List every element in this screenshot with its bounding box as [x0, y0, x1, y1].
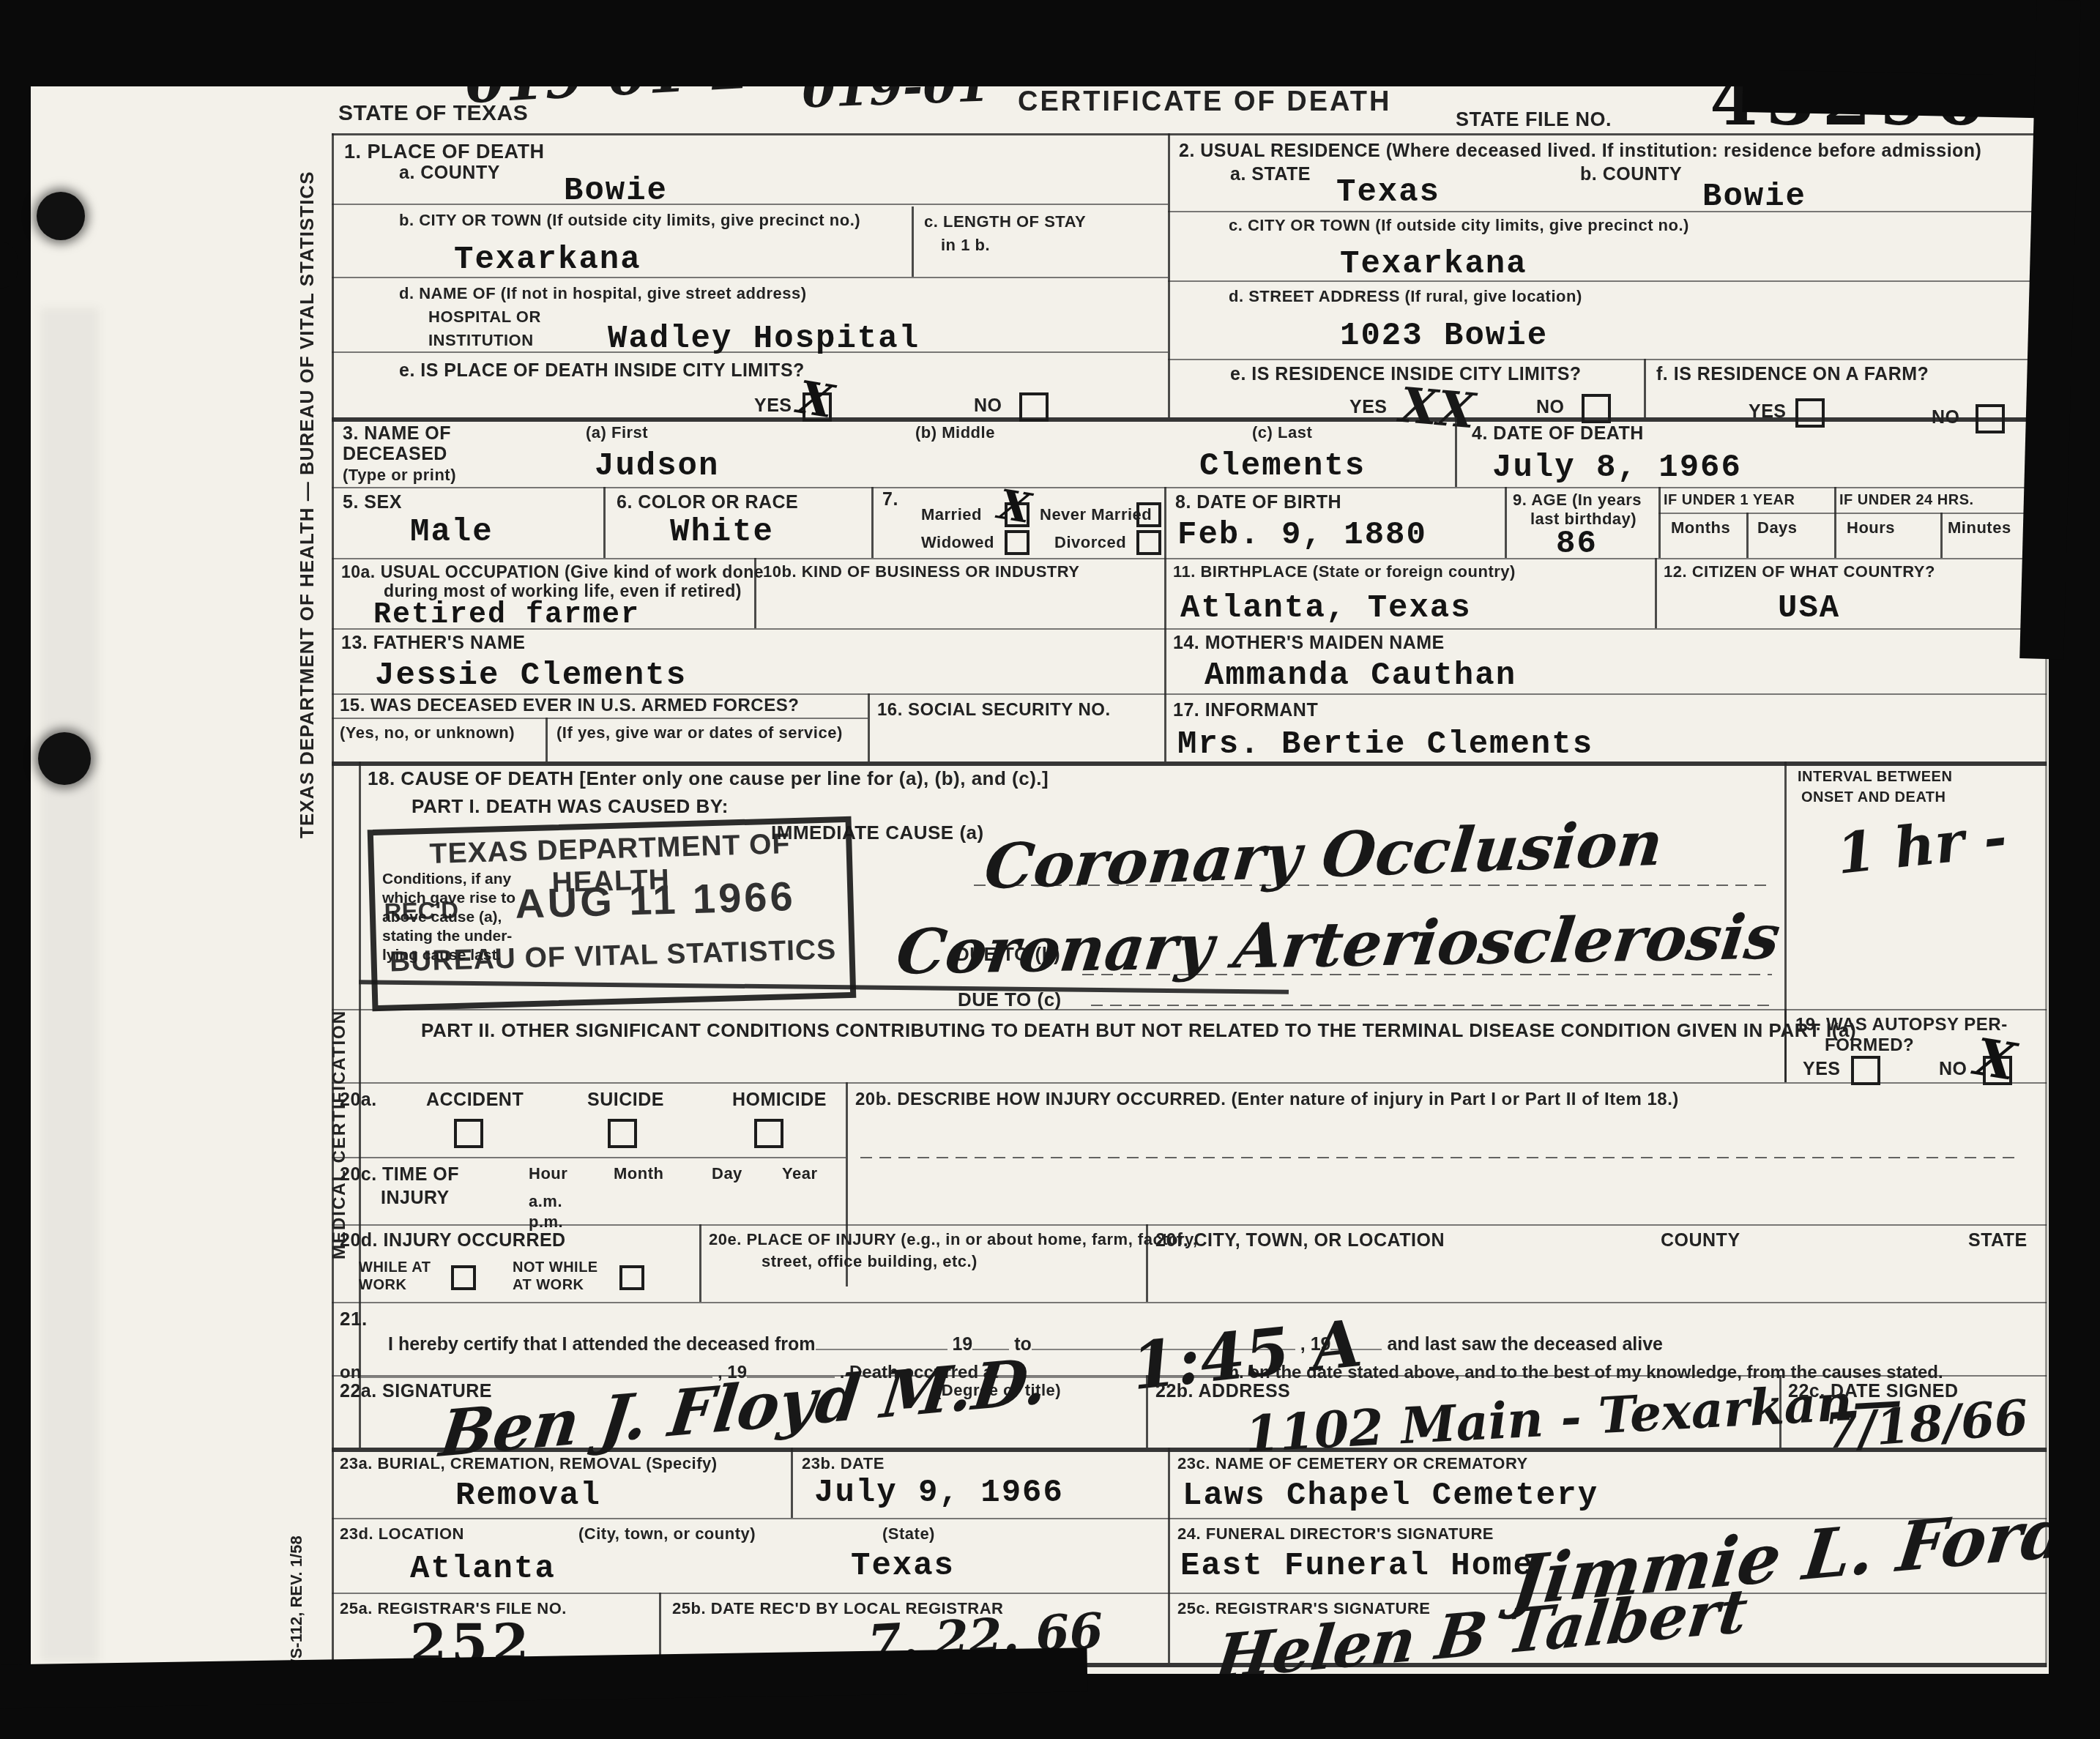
injury-a-label: 20a.: [340, 1090, 377, 1111]
am-label: a.m.: [529, 1192, 562, 1211]
name-title3: (Type or print): [343, 466, 456, 485]
location-state-value: Texas: [851, 1548, 955, 1585]
under-1-year-label: IF UNDER 1 YEAR: [1664, 492, 1795, 509]
occupation-label2: during most of working life, even if ret…: [384, 581, 742, 601]
cause-a-value: Coronary Occlusion: [981, 807, 1667, 904]
divider-6-7: [871, 487, 874, 558]
autopsy-no-mark: X: [1972, 1031, 2019, 1088]
row7-bottom: [332, 1009, 2047, 1010]
divider-hours-minutes: [1940, 513, 1943, 558]
certificate-title: CERTIFICATE OF DEATH: [1018, 86, 1391, 118]
residence-limits-yes-mark: XX: [1398, 376, 1478, 440]
institution-label: d. NAME OF (If not in hospital, give str…: [399, 284, 807, 303]
last-name-value: Clements: [1199, 448, 1366, 485]
homicide-checkbox: [754, 1119, 783, 1148]
line-2a: [1168, 211, 2047, 212]
divorced-checkbox: [1136, 530, 1161, 555]
cause-of-death-label: 18. CAUSE OF DEATH [Enter only one cause…: [368, 767, 1049, 790]
age-value: 86: [1556, 526, 1598, 562]
forces-label: 15. WAS DECEASED EVER IN U.S. ARMED FORC…: [340, 696, 799, 716]
months-label: Months: [1671, 518, 1730, 537]
ssn-label: 16. SOCIAL SECURITY NO.: [877, 700, 1111, 720]
divider-9-u1y: [1658, 487, 1661, 558]
while-at-work-label2: WORK: [359, 1277, 406, 1294]
county-value: Bowie: [564, 173, 668, 209]
residence-limits-no-checkbox: [1582, 394, 1611, 423]
dob-value: Feb. 9, 1880: [1177, 517, 1427, 554]
occupation-label1: 10a. USUAL OCCUPATION (Give kind of work…: [341, 562, 764, 582]
line-2c: [1168, 280, 2047, 282]
state-file-no-label: STATE FILE NO.: [1456, 108, 1612, 131]
days-label: Days: [1757, 518, 1798, 537]
date-of-death-value: July 8, 1966: [1492, 450, 1742, 486]
residence-city-value: Texarkana: [1340, 246, 1527, 283]
length-of-stay-label: c. LENGTH OF STAY: [924, 212, 1086, 231]
age-label1: 9. AGE (In years: [1513, 491, 1642, 510]
street-address-label: d. STREET ADDRESS (If rural, give locati…: [1229, 287, 1582, 306]
injury-d-label: 20d. INJURY OCCURRED: [340, 1230, 566, 1251]
stamp-line3: BUREAU OF VITAL STATISTICS: [376, 934, 849, 979]
widowed-label: Widowed: [921, 533, 994, 552]
usual-residence-title: 2. USUAL RESIDENCE (Where deceased lived…: [1179, 141, 1981, 162]
injury-b-line: [860, 1157, 2017, 1158]
death-city-limits-label: e. IS PLACE OF DEATH INSIDE CITY LIMITS?: [399, 360, 805, 381]
while-at-work-checkbox: [451, 1265, 476, 1290]
father-label: 13. FATHER'S NAME: [341, 633, 526, 654]
middle-name-label: (b) Middle: [915, 423, 995, 442]
occupation-value: Retired farmer: [373, 599, 640, 632]
pm-label: p.m.: [529, 1213, 563, 1232]
birthplace-label: 11. BIRTHPLACE (State or foreign country…: [1173, 562, 1516, 581]
not-while-at-work-label1: NOT WHILE: [513, 1259, 598, 1276]
year-label: Year: [782, 1164, 818, 1183]
divider-15-16: [868, 693, 870, 761]
forces-sub1: (Yes, no, or unknown): [340, 723, 515, 742]
sidebar-form-code: VS-112, REV. 1/58: [287, 1494, 306, 1669]
injury-e-label2: street, office building, etc.): [762, 1252, 978, 1271]
homicide-label: HOMICIDE: [732, 1090, 827, 1111]
row2-bottom: [332, 487, 2047, 488]
day-label: Day: [712, 1164, 742, 1183]
institution-label3: INSTITUTION: [428, 331, 534, 350]
divider-11-12: [1655, 558, 1657, 628]
first-name-label: (a) First: [586, 423, 648, 442]
autopsy-yes-checkbox: [1851, 1056, 1880, 1085]
death-limits-no-label: NO: [974, 395, 1002, 417]
injury-c-label1: 20c. TIME OF: [340, 1164, 459, 1185]
address-label: 22b. ADDRESS: [1155, 1381, 1290, 1402]
dob-label: 8. DATE OF BIRTH: [1175, 492, 1341, 513]
injury-c-label2: INJURY: [381, 1188, 450, 1209]
mother-label: 14. MOTHER'S MAIDEN NAME: [1173, 633, 1445, 654]
farm-yes-checkbox: [1795, 398, 1825, 428]
certify-line1a: I hereby certify that I attended the dec…: [388, 1334, 816, 1355]
not-while-at-work-label2: AT WORK: [513, 1277, 584, 1294]
divider-u1y-u24: [1834, 487, 1836, 558]
divider-7-8: [1164, 487, 1166, 558]
city-label: b. CITY OR TOWN (If outside city limits,…: [399, 211, 860, 230]
divider-8-9: [1505, 487, 1507, 558]
residence-city-label: c. CITY OR TOWN (If outside city limits,…: [1229, 216, 1689, 235]
birthplace-value: Atlanta, Texas: [1180, 590, 1472, 627]
row1-bottom: [332, 417, 2047, 422]
father-value: Jessie Clements: [375, 658, 687, 694]
certify-line1b: and last saw the deceased alive: [1387, 1334, 1663, 1355]
while-at-work-label1: WHILE AT: [359, 1259, 431, 1276]
residence-limits-no-label: NO: [1536, 397, 1565, 418]
autopsy-label1: 19. WAS AUTOPSY PER-: [1795, 1015, 2008, 1035]
interval-label2: ONSET AND DEATH: [1801, 789, 1946, 806]
certify-number: 21.: [340, 1308, 368, 1330]
married-label: Married: [921, 505, 982, 524]
burial-date-label: 23b. DATE: [802, 1454, 885, 1473]
residence-limits-yes-label: YES: [1349, 397, 1388, 418]
suicide-checkbox: [608, 1119, 637, 1148]
under-headers-line: [1658, 513, 2047, 514]
row11-bottom: [332, 1302, 2047, 1303]
injury-b-label: 20b. DESCRIBE HOW INJURY OCCURRED. (Ente…: [855, 1090, 1679, 1110]
residence-state-value: Texas: [1336, 174, 1440, 211]
burial-value: Removal: [455, 1478, 601, 1514]
location-state-sub: (State): [882, 1524, 935, 1543]
sex-label: 5. SEX: [343, 492, 402, 513]
injury-f-label: 20f. CITY, TOWN, OR LOCATION: [1155, 1230, 1445, 1251]
part1-label: PART I. DEATH WAS CAUSED BY:: [412, 795, 729, 818]
divider-20d-20e: [699, 1224, 701, 1302]
punch-hole-top: [37, 192, 85, 240]
divider-3-4: [1455, 417, 1457, 487]
death-limits-no-checkbox: [1019, 392, 1049, 422]
month-label: Month: [614, 1164, 663, 1183]
cemetery-value: Laws Chapel Cemetery: [1183, 1478, 1598, 1514]
citizen-value: USA: [1778, 590, 1840, 627]
informant-value: Mrs. Bertie Clements: [1177, 726, 1593, 763]
interval-label1: INTERVAL BETWEEN: [1798, 769, 1952, 786]
divider-23a-23b: [791, 1448, 793, 1518]
cemetery-label: 23c. NAME OF CEMETERY OR CREMATORY: [1177, 1454, 1528, 1473]
cause-c-line: [1091, 1005, 1772, 1006]
race-label: 6. COLOR OR RACE: [617, 492, 798, 513]
hours-label: Hours: [1847, 518, 1895, 537]
business-label: 10b. KIND OF BUSINESS OR INDUSTRY: [763, 562, 1080, 581]
stamp-date: AUG 11 1966: [463, 871, 849, 929]
line-1a: [332, 204, 1168, 205]
injury-e-label1: 20e. PLACE OF INJURY (e.g., in or about …: [709, 1230, 1198, 1249]
street-address-value: 1023 Bowie: [1340, 318, 1548, 354]
divider-2e-2f: [1644, 359, 1646, 417]
name-title1: 3. NAME OF: [343, 423, 451, 444]
divider-1b-1c: [912, 206, 914, 277]
injury-county-label: COUNTY: [1661, 1230, 1740, 1251]
location-city-sub: (City, town, or county): [578, 1524, 756, 1543]
interval-value: 1 hr -: [1833, 804, 2010, 887]
citizen-label: 12. CITIZEN OF WHAT COUNTRY?: [1664, 562, 1935, 581]
stamp-recd: REC'D: [384, 896, 458, 926]
row8-bottom: [332, 1082, 2047, 1084]
divider-months-days: [1746, 513, 1749, 558]
injury-state-label: STATE: [1968, 1230, 2028, 1251]
accident-label: ACCIDENT: [426, 1090, 524, 1111]
row9-bottom-left: [332, 1157, 846, 1158]
informant-label: 17. INFORMANT: [1173, 700, 1318, 721]
line-2d: [1168, 359, 2047, 360]
divider-5-6: [603, 487, 606, 558]
forces-sub2: (If yes, give war or dates of service): [556, 723, 843, 742]
certify-on: on: [340, 1363, 361, 1382]
funeral-director-label: 24. FUNERAL DIRECTOR'S SIGNATURE: [1177, 1524, 1494, 1543]
hour-label: Hour: [529, 1164, 567, 1183]
divider-23d-24: [1168, 1518, 1170, 1593]
location-label: 23d. LOCATION: [340, 1524, 464, 1543]
never-married-checkbox: [1136, 502, 1161, 527]
institution-value: Wadley Hospital: [608, 321, 920, 357]
divider-25b-25c: [1168, 1593, 1170, 1663]
forces-subdivider: [546, 718, 548, 761]
funeral-home-value: East Funeral Home: [1180, 1548, 1534, 1585]
date-of-death-label: 4. DATE OF DEATH: [1472, 423, 1644, 444]
suicide-label: SUICIDE: [587, 1090, 664, 1111]
last-name-label: (c) Last: [1252, 423, 1312, 442]
city-value: Texarkana: [454, 242, 641, 278]
length-of-stay-sub: in 1 b.: [941, 236, 990, 255]
residence-county-label: b. COUNTY: [1580, 164, 1682, 185]
location-city-value: Atlanta: [410, 1551, 556, 1587]
married-mark: X: [996, 484, 1034, 529]
forces-subline: [332, 718, 868, 719]
farm-no-label: NO: [1932, 407, 1960, 428]
autopsy-label2: FORMED?: [1825, 1035, 1914, 1056]
institution-label2: HOSPITAL OR: [428, 308, 541, 327]
place-of-death-title: 1. PLACE OF DEATH: [344, 141, 545, 163]
divorced-label: Divorced: [1054, 533, 1126, 552]
autopsy-no-label: NO: [1939, 1059, 1967, 1080]
not-while-at-work-checkbox: [619, 1265, 644, 1290]
burial-label: 23a. BURIAL, CREMATION, REMOVAL (Specify…: [340, 1454, 718, 1473]
widowed-checkbox: [1005, 530, 1029, 555]
name-title2: DECEASED: [343, 444, 447, 465]
accident-checkbox: [454, 1119, 483, 1148]
never-married-label: Never Married: [1040, 505, 1152, 524]
form-left-border: [332, 133, 334, 1667]
farm-label: f. IS RESIDENCE ON A FARM?: [1656, 364, 1929, 385]
received-stamp: TEXAS DEPARTMENT OF HEALTH REC'D AUG 11 …: [368, 816, 857, 1011]
divider-10b-11: [1164, 558, 1166, 628]
minutes-label: Minutes: [1948, 518, 2011, 537]
under-24-hrs-label: IF UNDER 24 HRS.: [1839, 492, 1974, 509]
divider-16-17: [1164, 693, 1166, 761]
residence-state-label: a. STATE: [1230, 164, 1311, 185]
farm-no-checkbox: [1976, 404, 2005, 433]
row3-bottom: [332, 558, 2047, 559]
due-to-c-label: DUE TO (c): [958, 988, 1062, 1011]
autopsy-yes-label: YES: [1803, 1059, 1841, 1080]
divider-1-2: [1168, 133, 1170, 417]
scan-streak: [40, 308, 99, 1662]
divider-25a-25b: [659, 1593, 661, 1663]
row10-bottom: [332, 1224, 2047, 1226]
mother-value: Ammanda Cauthan: [1204, 658, 1516, 694]
sidebar-department-label: TEXAS DEPARTMENT OF HEALTH — BUREAU OF V…: [296, 333, 319, 838]
part2-label: PART II. OTHER SIGNIFICANT CONDITIONS CO…: [421, 1019, 1856, 1042]
death-certificate-scan: STATE OF TEXAS 019-01-2 019-01 CERTIFICA…: [0, 0, 2100, 1739]
residence-county-value: Bowie: [1702, 179, 1806, 215]
marital-label: 7.: [882, 489, 898, 510]
race-value: White: [670, 514, 774, 551]
death-limits-yes-label: YES: [754, 395, 792, 417]
death-limits-yes-mark: X: [794, 375, 836, 425]
county-label: a. COUNTY: [399, 163, 500, 184]
sex-value: Male: [410, 514, 494, 551]
divider-23b-23c: [1168, 1448, 1170, 1518]
burial-date-value: July 9, 1966: [814, 1475, 1064, 1511]
form-top-border: [332, 133, 2047, 135]
punch-hole-bottom: [38, 732, 91, 785]
first-name-value: Judson: [595, 448, 719, 485]
divider-22a-22b: [1146, 1375, 1148, 1448]
farm-yes-label: YES: [1749, 401, 1787, 422]
divider-13-14: [1164, 628, 1166, 693]
